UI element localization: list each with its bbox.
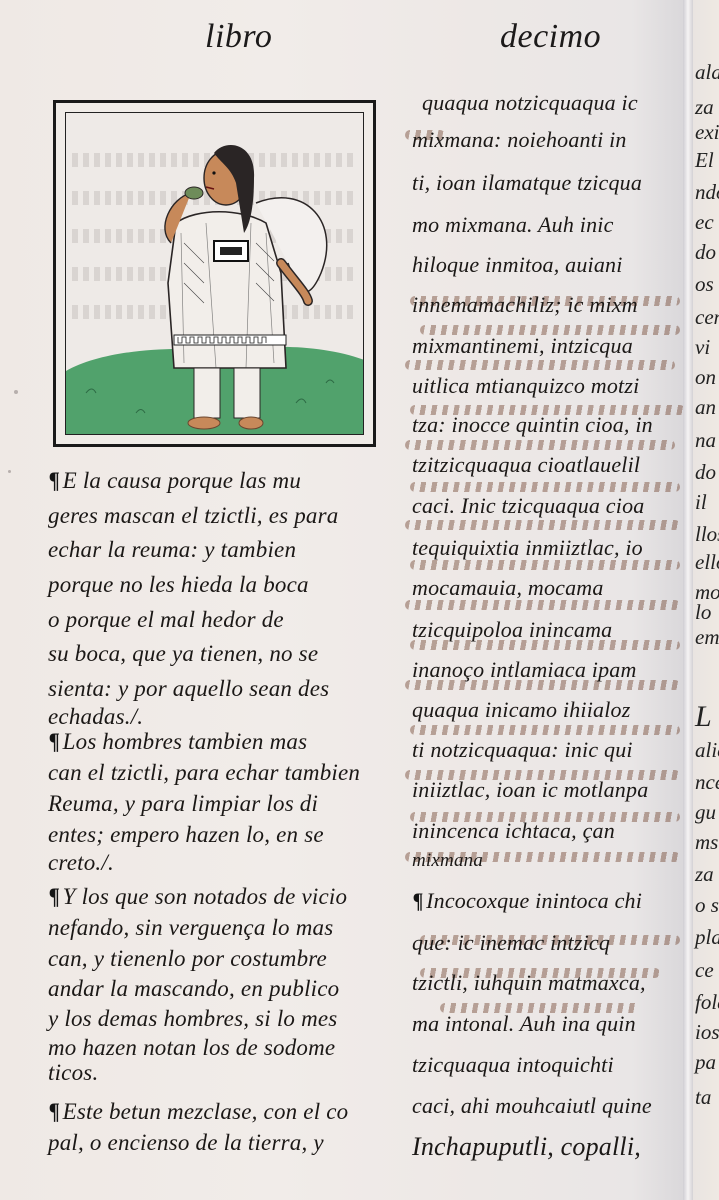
edge-text: pa [695, 1050, 716, 1075]
text-line: geres mascan el tzictli, es para [48, 503, 338, 529]
text-line: tzicquaqua intoquichti [412, 1052, 614, 1078]
text-line: su boca, que ya tienen, no se [48, 641, 318, 667]
text-line: ¶Este betun mezclase, con el co [48, 1099, 348, 1125]
text-line: inincenca ichtaca, çan [412, 818, 615, 844]
edge-text: ala [695, 60, 719, 85]
edge-text: alie [695, 738, 719, 763]
text-line: sienta: y por aquello sean des [48, 676, 329, 702]
text-line: echar la reuma: y tambien [48, 537, 296, 563]
edge-text: nce [695, 770, 719, 795]
text-line: iniiztlac, ioan ic motlanpa [412, 777, 648, 803]
edge-text: fola [695, 990, 719, 1015]
text-line: ticos. [48, 1060, 98, 1086]
edge-text: El [695, 148, 714, 173]
edge-text: o se [695, 893, 719, 918]
edge-text: ta [695, 1085, 711, 1110]
edge-text: llos [695, 522, 719, 547]
text-line: mixmantinemi, intzicqua [412, 333, 633, 359]
text-line: ¶Y los que son notados de vicio [48, 884, 347, 910]
text-line: mo hazen notan los de sodome [48, 1035, 335, 1061]
text-line: ti, ioan ilamatque tzicqua [412, 170, 642, 196]
text-line: quaqua notzicquaqua ic [422, 90, 638, 116]
edge-text: gu [695, 800, 716, 825]
text-line: tzitzicquaqua cioatlauelil [412, 452, 640, 478]
text-line: o porque el mal hedor de [48, 607, 284, 633]
text-line: ti notzicquaqua: inic qui [412, 737, 633, 763]
chewing-figure-drawing [66, 113, 364, 435]
text-line: quaqua inicamo ihiialoz [412, 697, 631, 723]
text-line: Inchapuputli, copalli, [412, 1132, 641, 1162]
edge-text: L [695, 700, 712, 734]
text-line: pal, o encienso de la tierra, y [48, 1130, 324, 1156]
text-line: nefando, sin verguença lo mas [48, 915, 333, 941]
facing-page-edge: ala za exia El ndo ec do os cen vi on an… [693, 0, 719, 1200]
edge-text: il [695, 490, 707, 515]
text-line: mixmana [412, 850, 483, 872]
text-line: porque no les hieda la boca [48, 572, 309, 598]
text-line: mocamauia, mocama [412, 575, 604, 601]
text-line: caci. Inic tzicquaqua cioa [412, 493, 644, 519]
edge-text: za [695, 862, 714, 887]
illustration-frame [53, 100, 376, 447]
edge-text: exia [695, 120, 719, 145]
text-line: ¶Incocoxque inintoca chi [412, 888, 642, 914]
edge-text: an [695, 395, 716, 420]
text-line: inanoço intlamiaca ipam [412, 657, 637, 683]
edge-text: do [695, 240, 716, 265]
pilcrow-icon: ¶ [49, 1099, 60, 1125]
pilcrow-icon: ¶ [49, 468, 60, 494]
text-line: tequiquixtia inmiiztlac, io [412, 535, 643, 561]
running-head-left: libro [205, 18, 272, 56]
edge-text: na [695, 428, 716, 453]
manuscript-page: libro decimo [0, 0, 686, 1200]
text-line: mo mixmana. Auh inic [412, 212, 614, 238]
pilcrow-icon: ¶ [49, 884, 60, 910]
edge-text: ello [695, 550, 719, 575]
running-head-right: decimo [500, 18, 601, 56]
edge-text: cen [695, 305, 719, 330]
edge-text: ec [695, 210, 714, 235]
text-line: creto./. [48, 850, 114, 876]
text-line: que: ic inemac intzicq [412, 930, 610, 956]
text-line: y los demas hombres, si lo mes [48, 1006, 337, 1032]
text-line: ¶Los hombres tambien mas [48, 729, 307, 755]
text-line: hiloque inmitoa, auiani [412, 252, 623, 278]
edge-text: vi [695, 335, 710, 360]
text-line: caci, ahi mouhcaiutl quine [412, 1093, 652, 1119]
text-line: tza: inocce quintin cioa, in [412, 412, 653, 438]
edge-text: ce [695, 958, 714, 983]
edge-text: os [695, 272, 714, 297]
text-line: echadas./. [48, 704, 143, 730]
text-line: can el tzictli, para echar tambien [48, 760, 360, 786]
text-line: tzicquipoloa inincama [412, 617, 612, 643]
edge-text: on [695, 365, 716, 390]
edge-text: ndo [695, 180, 719, 205]
text-line: tzictli, iuhquin matmaxca, [412, 970, 646, 996]
pilcrow-icon: ¶ [413, 888, 424, 914]
text-line: innemamachiliz; ic mixm [412, 292, 638, 318]
edge-text: em [695, 625, 719, 650]
edge-text: ms [695, 830, 718, 855]
edge-text: lo [695, 600, 711, 625]
pilcrow-icon: ¶ [49, 729, 60, 755]
text-line: ma intonal. Auh ina quin [412, 1011, 636, 1037]
text-line: ¶E la causa porque las mu [48, 468, 301, 494]
book-gutter [683, 0, 693, 1200]
text-line: uitlica mtianquizco motzi [412, 373, 639, 399]
edge-text: ios [695, 1020, 719, 1045]
text-line: Reuma, y para limpiar los di [48, 791, 318, 817]
text-line: andar la mascando, en publico [48, 976, 339, 1002]
text-line: mixmana: noiehoanti in [412, 127, 627, 153]
edge-text: pla [695, 925, 719, 950]
edge-text: za [695, 95, 714, 120]
illustration [65, 112, 364, 435]
text-line: can, y tienenlo por costumbre [48, 946, 327, 972]
edge-text: do [695, 460, 716, 485]
text-line: entes; empero hazen lo, en se [48, 822, 324, 848]
